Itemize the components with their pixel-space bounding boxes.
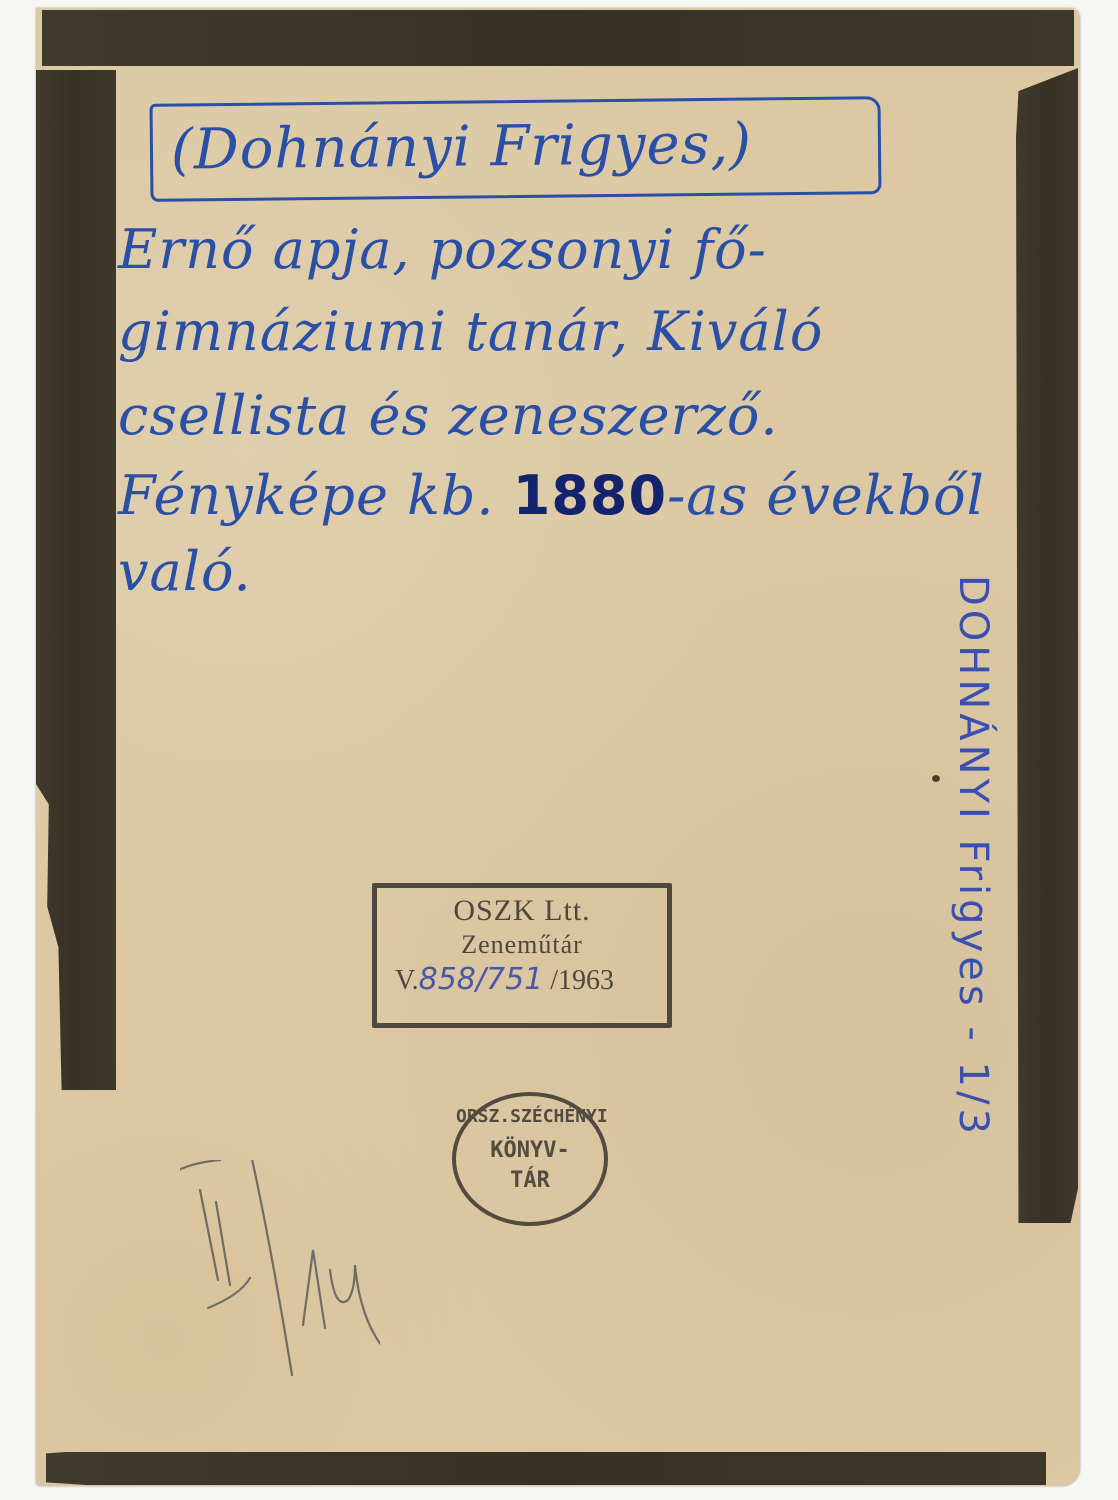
handwritten-title: (Dohnányi Frigyes,): [153, 99, 879, 195]
handwritten-title-box: (Dohnányi Frigyes,): [150, 96, 882, 202]
vertical-handwritten-note: DOHNÁNYI Frigyes - 1/3: [950, 575, 996, 1138]
library-stamp-oval: ORSZ.SZÉCHÉNYI KÖNYV- TÁR: [452, 1092, 608, 1226]
stamp-year: /1963: [550, 965, 614, 996]
handwritten-line-1: Ernő apja, pozsonyi fő-: [118, 218, 767, 281]
handwritten-line-5: való.: [118, 540, 252, 603]
tape-strip-top: [42, 10, 1074, 66]
ink-spot: [932, 775, 940, 782]
library-stamp-rectangular: OSZK Ltt. Zeneműtár V.858/751 /1963: [372, 883, 672, 1028]
handwritten-line-2: gimnáziumi tanár, Kiváló: [118, 300, 823, 363]
oval-stamp-arc-text: ORSZ.SZÉCHÉNYI: [456, 1106, 604, 1127]
stamp-inventory-number: 858/751: [419, 962, 544, 997]
tape-strip-bottom: [46, 1452, 1046, 1485]
oval-stamp-bottom-text: TÁR: [456, 1168, 604, 1193]
handwritten-year: 1880: [513, 464, 667, 527]
stamp-prefix: V.: [395, 965, 419, 996]
oval-stamp-middle-text: KÖNYV-: [456, 1138, 604, 1163]
stamp-line-1: OSZK Ltt.: [377, 894, 667, 928]
handwritten-line-3: csellista és zeneszerző.: [118, 384, 779, 447]
tape-strip-right: [1016, 68, 1078, 1223]
handwritten-year-suffix: -as évekből: [667, 464, 985, 527]
pencil-shelfmark: [180, 1160, 380, 1380]
scan-background: (Dohnányi Frigyes,) Ernő apja, pozsonyi …: [0, 0, 1118, 1500]
handwritten-line-4: Fényképe kb. 1880-as évekből: [118, 464, 985, 527]
stamp-line-2: Zeneműtár: [377, 930, 667, 960]
stamp-line-3: V.858/751 /1963: [377, 962, 667, 997]
handwritten-line-4-start: Fényképe kb.: [118, 464, 495, 527]
